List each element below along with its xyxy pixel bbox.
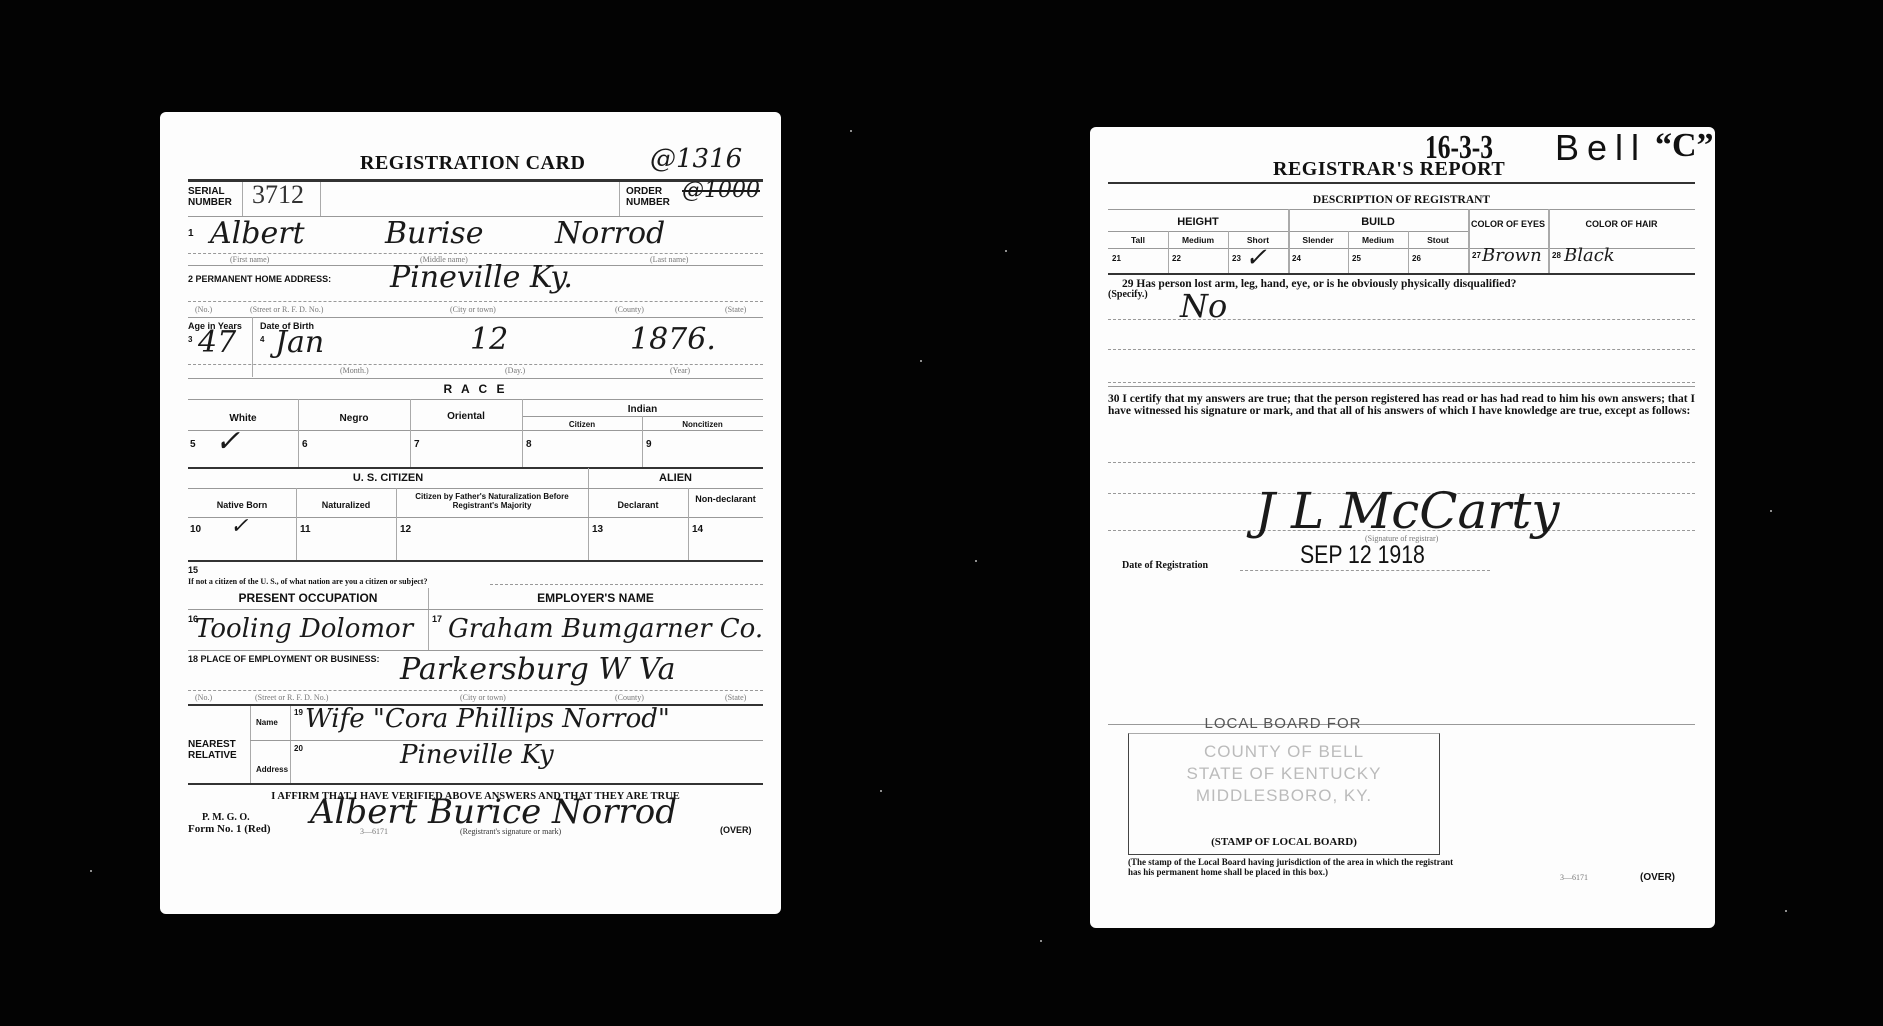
place-of-employment-value: Parkersburg W Va	[400, 652, 676, 687]
field-number: 3	[188, 335, 192, 344]
field-number: 24	[1292, 254, 1301, 263]
field-number: 9	[646, 439, 652, 450]
race-indian-citizen: Citizen	[522, 419, 642, 430]
relative-address-value: Pineville Ky	[400, 740, 554, 770]
age-value: 47	[198, 325, 236, 360]
race-indian-header: Indian	[522, 404, 763, 415]
field-number: 4	[260, 335, 264, 344]
field-number: 17	[432, 614, 442, 624]
build-col-slender: Slender	[1288, 235, 1348, 246]
form-code: 3—6171	[360, 827, 388, 836]
form-pmgo: P. M. G. O.	[202, 812, 250, 823]
employer-header: EMPLOYER'S NAME	[428, 593, 763, 604]
film-speck	[920, 360, 922, 362]
registration-card-front: REGISTRATION CARD @1316 SERIAL NUMBER 37…	[160, 112, 781, 914]
alien-header: ALIEN	[588, 473, 763, 484]
over-label: (OVER)	[720, 825, 752, 836]
dob-day: 12	[470, 322, 508, 357]
registrars-report-title: REGISTRAR'S REPORT	[1273, 158, 1505, 181]
order-number-value: @1000	[682, 178, 760, 203]
employer-value: Graham Bumgarner Co.	[448, 614, 763, 644]
dob-day-label: (Day.)	[505, 366, 525, 375]
field-number: 28	[1552, 251, 1561, 260]
dob-month: Jan	[275, 325, 324, 360]
alien-col-nondeclarant: Non-declarant	[688, 494, 763, 505]
field-number: 22	[1172, 254, 1181, 263]
build-col-stout: Stout	[1408, 235, 1468, 246]
middle-name: Burise	[385, 216, 483, 251]
build-header: BUILD	[1288, 217, 1468, 228]
stamp-line-2: COUNTY OF BELL	[1129, 742, 1439, 762]
field-number: 23	[1232, 254, 1241, 263]
race-white-check: ✓	[215, 424, 240, 459]
height-header: HEIGHT	[1108, 217, 1288, 228]
short-check: ✓	[1245, 243, 1267, 273]
eyes-header: COLOR OF EYES	[1468, 219, 1548, 230]
field-number: 6	[302, 439, 308, 450]
native-born-check: ✓	[230, 514, 248, 539]
field-number: 14	[692, 524, 703, 535]
date-of-registration-stamp: SEP 12 1918	[1300, 541, 1425, 570]
film-speck	[975, 560, 977, 562]
address-street-label: (Street or R. F. D. No.)	[250, 305, 323, 314]
card-title: REGISTRATION CARD	[360, 152, 585, 175]
field-number: 12	[400, 524, 411, 535]
field-number: 25	[1352, 254, 1361, 263]
field-number: 19	[294, 708, 303, 717]
field-number: 1	[188, 228, 194, 239]
hair-color-value: Black	[1564, 245, 1615, 266]
county-note: Bell	[1555, 127, 1647, 169]
field-number: 7	[414, 439, 420, 450]
race-header: R A C E	[188, 384, 763, 395]
race-col-white: White	[188, 413, 298, 424]
film-speck	[1770, 510, 1772, 512]
stamp-line-3: STATE OF KENTUCKY	[1129, 764, 1439, 784]
field-number: 8	[526, 439, 532, 450]
registrant-signature: Albert Burice Norrod	[310, 792, 677, 832]
race-col-negro: Negro	[298, 413, 410, 424]
date-of-registration-label: Date of Registration	[1122, 560, 1208, 571]
registrars-report-back: 16-3-3 Bell “C” REGISTRAR'S REPORT DESCR…	[1090, 127, 1715, 928]
place-of-employment-label: 18 PLACE OF EMPLOYMENT OR BUSINESS:	[188, 654, 380, 665]
field-number: 10	[190, 524, 201, 535]
film-speck	[880, 790, 882, 792]
address-state-label: (State)	[725, 305, 746, 314]
address-no-label: (No.)	[195, 305, 212, 314]
dob-month-label: (Month.)	[340, 366, 369, 375]
field-number: 21	[1112, 254, 1121, 263]
relative-name-label: Name	[256, 717, 278, 728]
field-number: 26	[1412, 254, 1421, 263]
address-county-label: (County)	[615, 305, 644, 314]
stamp-line-1: LOCAL BOARD FOR	[1128, 715, 1438, 732]
field-number: 11	[300, 524, 311, 535]
film-speck	[1785, 910, 1787, 912]
hair-header: COLOR OF HAIR	[1548, 219, 1695, 230]
relative-address-label: Address	[256, 764, 288, 775]
last-name: Norrod	[555, 216, 665, 251]
race-indian-noncitizen: Noncitizen	[642, 419, 763, 430]
film-speck	[1005, 250, 1007, 252]
us-citizen-header: U. S. CITIZEN	[188, 473, 588, 484]
eye-color-value: Brown	[1482, 245, 1542, 266]
registrar-signature: J L McCarty	[1255, 482, 1560, 540]
place-street-label: (Street or R. F. D. No.)	[255, 693, 328, 702]
address-city-label: (City or town)	[450, 305, 496, 314]
build-col-medium: Medium	[1348, 235, 1408, 246]
film-speck	[1040, 940, 1042, 942]
relative-name-value: Wife "Cora Phillips Norrod"	[305, 704, 670, 734]
nearest-relative-label: NEAREST RELATIVE	[188, 739, 248, 761]
back-over-label: (OVER)	[1640, 872, 1675, 883]
race-col-oriental: Oriental	[410, 411, 522, 422]
citizen-col-naturalized: Naturalized	[296, 500, 396, 511]
q29-specify: (Specify.)	[1108, 289, 1148, 301]
q15-text: If not a citizen of the U. S., of what n…	[188, 576, 427, 587]
back-form-code: 3—6171	[1560, 873, 1588, 882]
field-number: 13	[592, 524, 603, 535]
q30-text: 30 I certify that my answers are true; t…	[1108, 393, 1695, 417]
stamp-caption: (STAMP OF LOCAL BOARD)	[1129, 837, 1439, 848]
form-number: Form No. 1 (Red)	[188, 824, 270, 835]
film-speck	[850, 130, 852, 132]
field-number: 27	[1472, 251, 1481, 260]
serial-number-label: SERIAL NUMBER	[188, 186, 238, 208]
corner-note: @1316	[650, 144, 742, 174]
place-no-label: (No.)	[195, 693, 212, 702]
serial-number-value: 3712	[252, 180, 304, 210]
occupation-value: Tooling Dolomor	[195, 614, 413, 644]
stamp-line-4: MIDDLESBORO, KY.	[1129, 786, 1439, 806]
home-address-value: Pineville Ky.	[390, 260, 573, 295]
description-header: DESCRIPTION OF REGISTRANT	[1108, 195, 1695, 206]
dob-year-label: (Year)	[670, 366, 690, 375]
first-name-label: (First name)	[230, 255, 269, 264]
home-address-label: 2 PERMANENT HOME ADDRESS:	[188, 274, 331, 285]
height-col-medium: Medium	[1168, 235, 1228, 246]
stamp-note: (The stamp of the Local Board having jur…	[1128, 857, 1458, 877]
field-number: 15	[188, 565, 198, 575]
height-col-tall: Tall	[1108, 235, 1168, 246]
citizen-col-father: Citizen by Father's Naturalization Befor…	[396, 492, 588, 510]
citizen-col-native: Native Born	[188, 500, 296, 511]
place-county-label: (County)	[615, 693, 644, 702]
first-name: Albert	[210, 216, 305, 251]
field-number: 5	[190, 439, 196, 450]
signature-label: (Registrant's signature or mark)	[460, 827, 561, 836]
field-number: 20	[294, 744, 303, 753]
dob-year: 1876.	[630, 322, 716, 357]
film-speck	[90, 870, 92, 872]
order-number-label: ORDER NUMBER	[626, 186, 676, 208]
last-name-label: (Last name)	[650, 255, 688, 264]
class-note: “C”	[1655, 127, 1714, 165]
alien-col-declarant: Declarant	[588, 500, 688, 511]
place-city-label: (City or town)	[460, 693, 506, 702]
local-board-stamp-box: COUNTY OF BELL STATE OF KENTUCKY MIDDLES…	[1128, 733, 1440, 855]
place-state-label: (State)	[725, 693, 746, 702]
occupation-header: PRESENT OCCUPATION	[188, 593, 428, 604]
